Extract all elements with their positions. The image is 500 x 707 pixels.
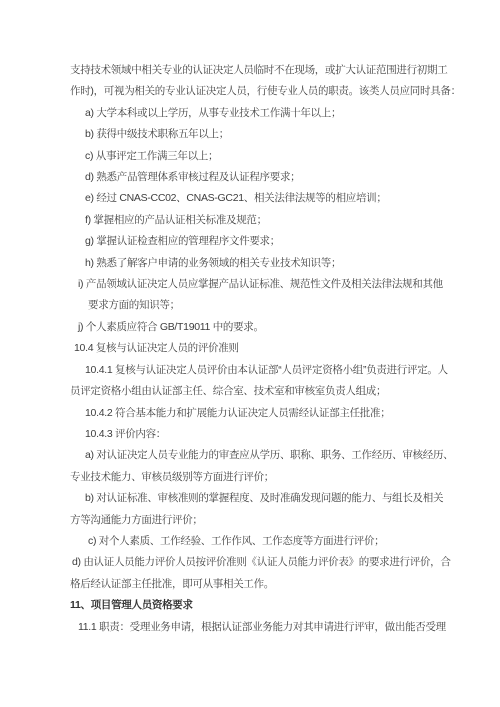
doc-line: 格后经认证部主任批准，即可从事相关工作。 — [70, 574, 438, 595]
list-item-f: f) 掌握相应的产品认证相关标准及规范； — [85, 210, 438, 231]
eval-item-c: c) 对个人素质、工作经验、工作作风、工作态度等方面进行评价； — [88, 531, 438, 552]
document-page: 支持技术领域中相关专业的认证决定人员临时不在现场，或扩大认证范围进行初期工 作时… — [70, 60, 438, 638]
list-item-g: g) 掌握认证检查相应的管理程序文件要求； — [85, 231, 438, 252]
doc-line: 方等沟通能力方面进行评价； — [70, 510, 438, 531]
section-heading-11: 11、项目管理人员资格要求 — [70, 595, 438, 616]
list-item-j: j) 个人素质应符合 GB/T19011 中的要求。 — [78, 317, 438, 338]
list-item-a: a) 大学本科或以上学历，从事专业技术工作满十年以上； — [85, 103, 438, 124]
doc-line: 专业技术能力、审核员级别等方面进行评价； — [70, 467, 438, 488]
eval-item-d: d) 由认证人员能力评价人员按评价准则《认证人员能力评价表》的要求进行评价，合 — [72, 552, 438, 573]
clause-10-4-1: 10.4.1 复核与认证决定人员评价由本认证部“人员评定资格小组”负责进行评定。… — [85, 360, 438, 381]
eval-item-a: a) 对认证决定人员专业能力的审查应从学历、职称、职务、工作经历、审核经历、 — [85, 445, 438, 466]
clause-11-1: 11.1 职责：受理业务申请，根据认证部业务能力对其申请进行评审，做出能否受理 — [78, 617, 438, 638]
doc-line: 支持技术领域中相关专业的认证决定人员临时不在现场，或扩大认证范围进行初期工 — [70, 60, 438, 81]
doc-line: 作时)，可视为相关的专业认证决定人员，行使专业人员的职责。该类人员应同时具备： — [70, 81, 438, 102]
eval-item-b: b) 对认证标准、审核准则的掌握程度、及时准确发现问题的能力、与组长及相关 — [85, 488, 438, 509]
clause-10-4-2: 10.4.2 符合基本能力和扩展能力认证决定人员需经认证部主任批准； — [85, 403, 438, 424]
list-item-e: e) 经过 CNAS-CC02、CNAS-GC21、相关法律法规等的相应培训； — [85, 188, 438, 209]
subsection-heading-10-4: 10.4 复核与认证决定人员的评价准则 — [74, 338, 438, 359]
list-item-i: i) 产品领域认证决定人员应掌握产品认证标准、规范性文件及相关法律法规和其他 — [78, 274, 438, 295]
list-item-b: b) 获得中级技术职称五年以上； — [85, 124, 438, 145]
doc-line: 要求方面的知识等； — [88, 295, 438, 316]
list-item-c: c) 从事评定工作满三年以上； — [85, 146, 438, 167]
doc-line: 员评定资格小组由认证部主任、综合室、技术室和审核室负责人组成； — [70, 381, 438, 402]
list-item-d: d) 熟悉产品管理体系审核过程及认证程序要求； — [85, 167, 438, 188]
document-canvas: 支持技术领域中相关专业的认证决定人员临时不在现场，或扩大认证范围进行初期工 作时… — [0, 0, 500, 707]
list-item-h: h) 熟悉了解客户申请的业务领域的相关专业技术知识等； — [85, 253, 438, 274]
clause-10-4-3: 10.4.3 评价内容： — [85, 424, 438, 445]
